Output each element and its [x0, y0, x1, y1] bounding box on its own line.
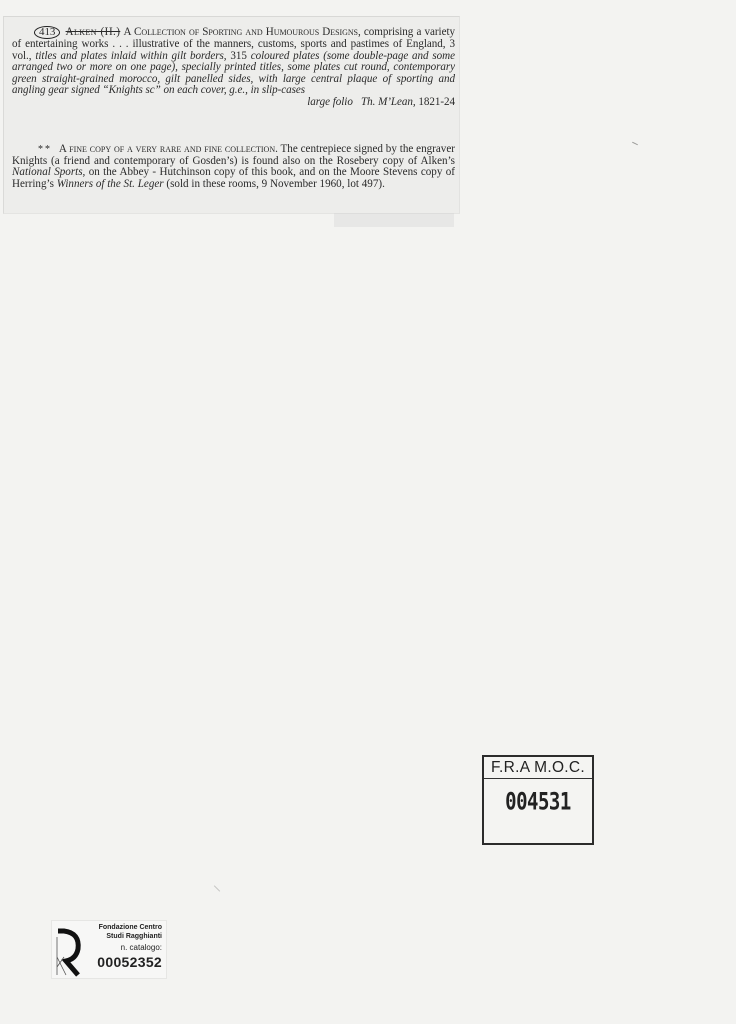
paper-scuff: [334, 213, 454, 227]
label-line-1: Fondazione Centro: [99, 924, 162, 931]
lot-publisher: Th. M’Lean,: [361, 96, 416, 108]
paper-speck: [632, 142, 638, 145]
note-heading: A fine copy of a very rare and fine coll…: [59, 143, 278, 155]
paper-speck: [214, 885, 220, 891]
label-line-2: Studi Ragghianti: [106, 933, 162, 940]
ragghianti-logo-icon: [54, 927, 84, 977]
catalog-label: Fondazione Centro Studi Ragghianti n. ca…: [51, 920, 167, 979]
stamp-number: 004531: [484, 788, 592, 816]
label-catalog-caption: n. catalogo:: [121, 943, 162, 952]
plates-count: 315: [230, 50, 247, 62]
stamp-header: F.R.A M.O.C.: [484, 757, 592, 779]
catalogue-clipping: 413 Alken (H.) A Collection of Sporting …: [3, 16, 460, 214]
lot-years: 1821-24: [418, 96, 455, 108]
lot-entry: 413 Alken (H.) A Collection of Sporting …: [12, 26, 455, 108]
lot-note: * * A fine copy of a very rare and fine …: [12, 144, 455, 190]
lot-author: Alken (H.): [66, 26, 121, 38]
lot-binding-note: titles and plates inlaid within gilt bor…: [35, 50, 226, 62]
note-text-3: (sold in these rooms, 9 November 1960, l…: [166, 178, 384, 190]
framoc-stamp: F.R.A M.O.C. 004531: [482, 755, 594, 845]
label-catalog-number: 00052352: [97, 954, 162, 970]
imprint-line: large folio Th. M’Lean, 1821-24: [12, 97, 455, 109]
note-title-winners: Winners of the St. Leger: [57, 178, 164, 190]
lot-format: large folio: [307, 96, 353, 108]
lot-title: A Collection of Sporting and Humourous D…: [123, 26, 360, 38]
note-title-national-sports: National Sports,: [12, 166, 85, 178]
